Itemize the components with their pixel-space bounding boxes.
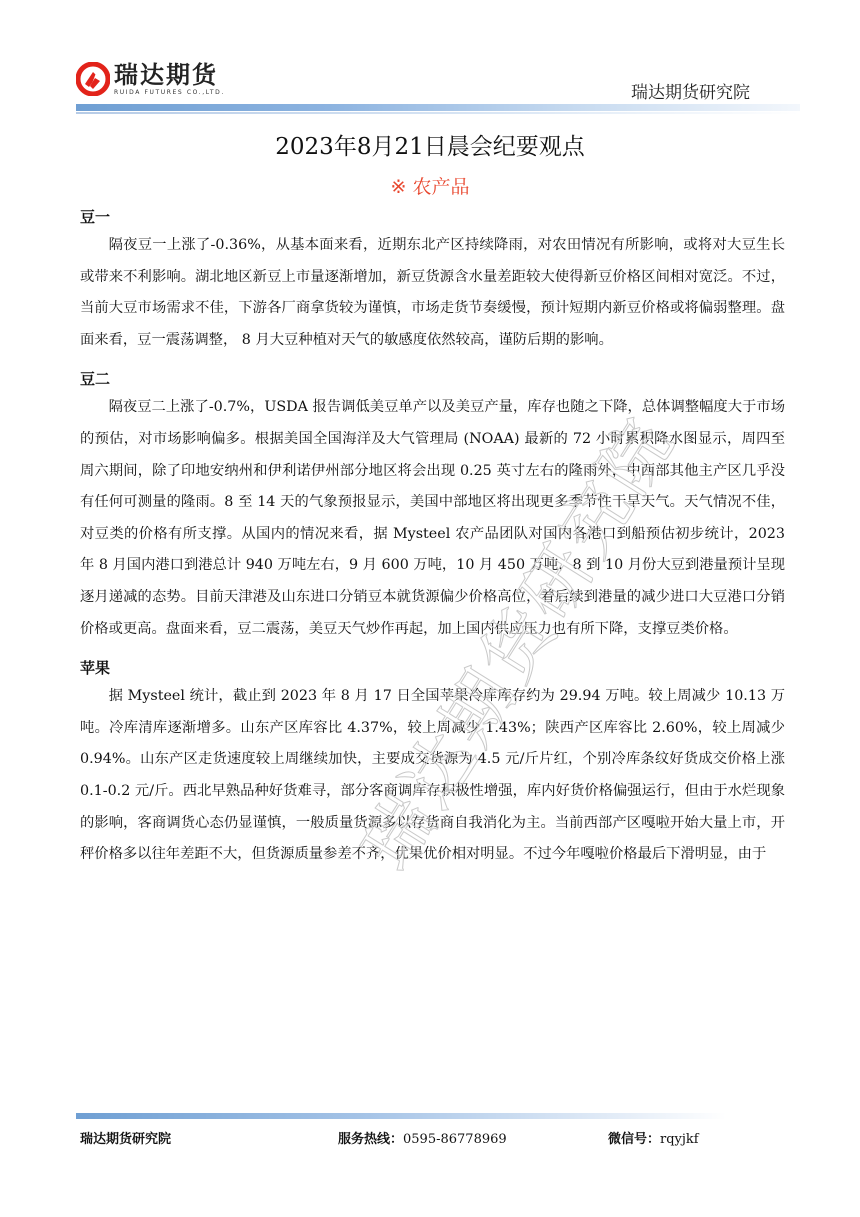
footer-wechat: 微信号：rqyjkf: [608, 1128, 699, 1147]
commodity-block-soybean-2: 豆二 隔夜豆二上涨了-0.7%，USDA 报告调低美豆单产以及美豆产量，库存也随…: [80, 366, 785, 645]
logo-english-name: RUIDA FUTURES CO.,LTD.: [114, 89, 225, 96]
wechat-label: 微信号：: [608, 1132, 660, 1147]
block-paragraph: 据 Mysteel 统计，截止到 2023 年 8 月 17 日全国苹果冷库库存…: [80, 681, 785, 871]
block-heading: 豆二: [80, 366, 785, 392]
document-body: 豆一 隔夜豆一上涨了-0.36%，从基本面来看，近期东北产区持续降雨，对农田情况…: [80, 204, 785, 881]
footer-divider: [76, 1113, 726, 1119]
header-divider-underline: [76, 112, 800, 114]
wechat-id: rqyjkf: [660, 1132, 699, 1147]
header-divider: [76, 104, 800, 111]
block-paragraph: 隔夜豆一上涨了-0.36%，从基本面来看，近期东北产区持续降雨，对农田情况有所影…: [80, 230, 785, 356]
ruida-logo-icon: [76, 62, 110, 96]
commodity-block-soybean-1: 豆一 隔夜豆一上涨了-0.36%，从基本面来看，近期东北产区持续降雨，对农田情况…: [80, 204, 785, 356]
hotline-number: 0595-86778969: [403, 1132, 507, 1147]
page-header: 瑞达期货 RUIDA FUTURES CO.,LTD. 瑞达期货研究院: [76, 60, 800, 120]
header-institute-name: 瑞达期货研究院: [631, 78, 750, 103]
footer-hotline: 服务热线：0595-86778969: [338, 1128, 507, 1147]
block-heading: 豆一: [80, 204, 785, 230]
page-footer: 瑞达期货研究院 服务热线：0595-86778969 微信号：rqyjkf: [80, 1128, 780, 1150]
document-title: 2023年8月21日晨会纪要观点: [0, 128, 860, 161]
commodity-block-apple: 苹果 据 Mysteel 统计，截止到 2023 年 8 月 17 日全国苹果冷…: [80, 655, 785, 871]
footer-institute-name: 瑞达期货研究院: [80, 1128, 171, 1147]
hotline-label: 服务热线：: [338, 1132, 403, 1147]
block-heading: 苹果: [80, 655, 785, 681]
logo-chinese-name: 瑞达期货: [114, 62, 225, 88]
section-title: ※ 农产品: [0, 172, 860, 199]
company-logo: 瑞达期货 RUIDA FUTURES CO.,LTD.: [76, 62, 225, 96]
block-paragraph: 隔夜豆二上涨了-0.7%，USDA 报告调低美豆单产以及美豆产量，库存也随之下降…: [80, 392, 785, 645]
